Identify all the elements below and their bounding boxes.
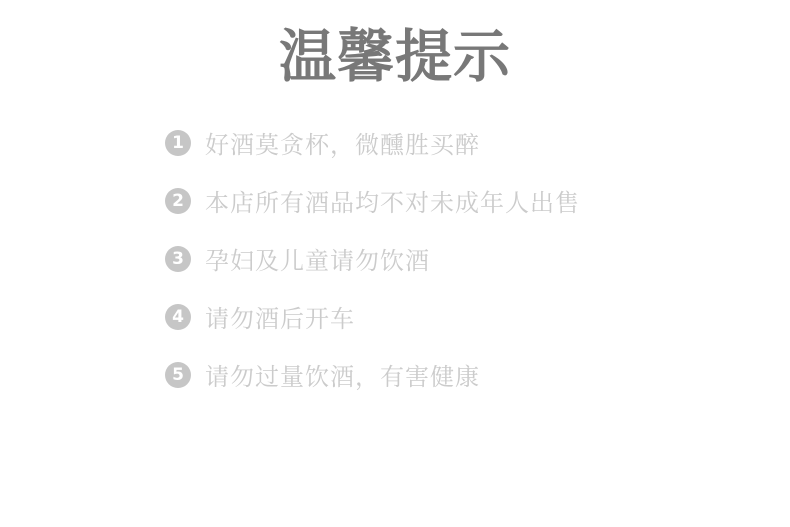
tip-number-badge: 5 bbox=[165, 362, 191, 388]
tip-number-badge: 1 bbox=[165, 130, 191, 156]
warm-tips-notice: 温馨提示 1 好酒莫贪杯，微醺胜买醉 2 本店所有酒品均不对未成年人出售 3 孕… bbox=[0, 0, 790, 527]
tip-number-badge: 4 bbox=[165, 304, 191, 330]
tip-number-badge: 3 bbox=[165, 246, 191, 272]
tip-text: 孕妇及儿童请勿饮酒 bbox=[205, 241, 430, 276]
tip-text: 请勿过量饮酒，有害健康 bbox=[205, 357, 480, 392]
tip-text: 本店所有酒品均不对未成年人出售 bbox=[205, 183, 580, 218]
tip-item-5: 5 请勿过量饮酒，有害健康 bbox=[165, 362, 790, 388]
tip-text: 请勿酒后开车 bbox=[205, 299, 355, 334]
tips-list: 1 好酒莫贪杯，微醺胜买醉 2 本店所有酒品均不对未成年人出售 3 孕妇及儿童请… bbox=[165, 130, 790, 388]
tip-number-badge: 2 bbox=[165, 188, 191, 214]
tip-item-1: 1 好酒莫贪杯，微醺胜买醉 bbox=[165, 130, 790, 156]
tip-item-3: 3 孕妇及儿童请勿饮酒 bbox=[165, 246, 790, 272]
tip-item-4: 4 请勿酒后开车 bbox=[165, 304, 790, 330]
page-title: 温馨提示 bbox=[0, 0, 790, 90]
tip-item-2: 2 本店所有酒品均不对未成年人出售 bbox=[165, 188, 790, 214]
tip-text: 好酒莫贪杯，微醺胜买醉 bbox=[205, 125, 480, 160]
